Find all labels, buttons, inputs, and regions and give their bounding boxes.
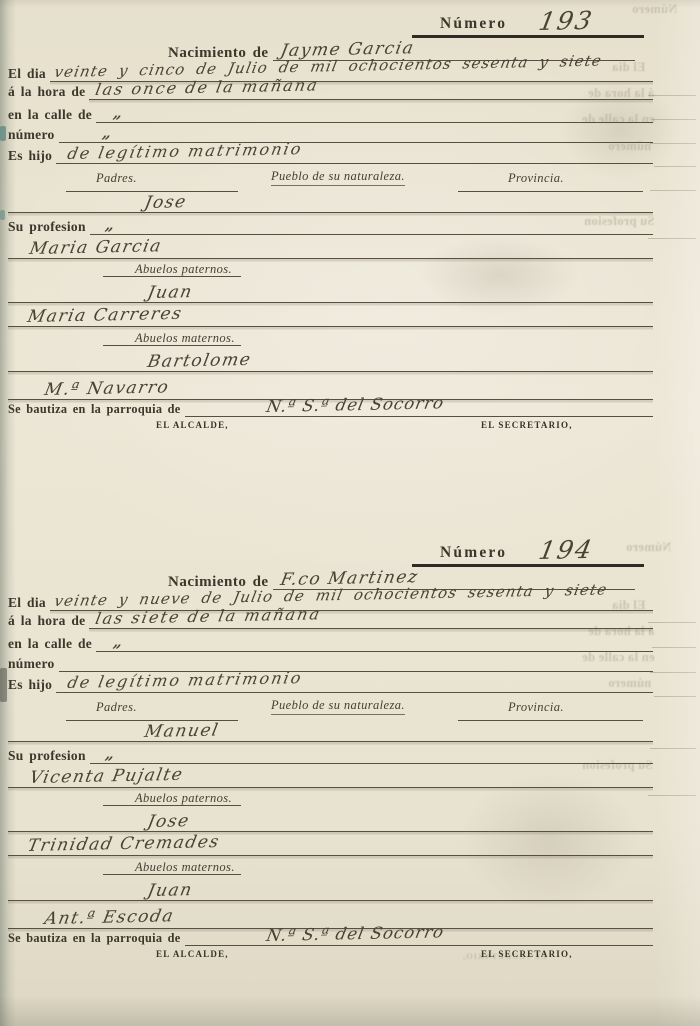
profession-value: „ — [104, 218, 118, 233]
provincia-header: Provincia. — [508, 700, 564, 715]
alcalde-label: EL ALCALDE, — [156, 420, 229, 430]
hora-label: á la hora de — [8, 614, 89, 629]
father-row: Jose — [8, 192, 653, 213]
house-number-row: número „ — [8, 125, 653, 143]
el-dia-label: El dia — [8, 67, 50, 82]
legitimacy-value: de legítimo matrimonio — [66, 670, 304, 691]
alcalde-label: EL ALCALDE, — [156, 949, 229, 959]
secretario-label: EL SECRETARIO, — [481, 420, 573, 430]
paper-speck — [0, 126, 6, 141]
house-number-row: número — [8, 654, 653, 672]
header-rule — [103, 276, 241, 277]
bautiza-label: Se bautiza en la parroquia de — [8, 403, 185, 417]
bautiza-label: Se bautiza en la parroquia de — [8, 932, 185, 946]
bleedthrough-line — [654, 166, 696, 167]
calle-label: en la calle de — [8, 637, 96, 652]
numero-label: Número — [412, 544, 507, 564]
maternal-grandparents-header-row: Abuelos maternos. — [8, 331, 653, 347]
paternal-grandparents-header-row: Abuelos paternos. — [8, 262, 653, 278]
birth-hour: las once de la mañana — [94, 77, 320, 98]
legitimacy-row: Es hijo de legítimo matrimonio — [8, 146, 653, 164]
paternal-grandmother-name: Maria Carreres — [26, 306, 184, 326]
profession-row: Su profesion „ — [8, 217, 653, 235]
birth-hour: las siete de la mañana — [94, 606, 323, 627]
pueblo-header: Pueblo de su naturaleza. — [271, 698, 405, 715]
baptism-row: Se bautiza en la parroquia de N.ª S.ª de… — [8, 928, 653, 946]
paternal-grandfather-row: Juan — [8, 282, 653, 303]
column-headers: Padres. Pueblo de su naturaleza. Provinc… — [8, 166, 653, 192]
bleedthrough-line — [652, 647, 696, 648]
bleedthrough-line — [650, 190, 696, 191]
paternal-grandmother-row: Maria Carreres — [8, 306, 653, 327]
signature-row: EL ALCALDE, EL SECRETARIO, — [8, 420, 653, 433]
numero-casa-label: número — [8, 657, 59, 672]
column-headers: Padres. Pueblo de su naturaleza. Provinc… — [8, 695, 653, 721]
paper-speck — [0, 668, 7, 702]
mother-row: Vicenta Pujalte — [8, 766, 653, 788]
paternal-grandfather-name: Jose — [146, 813, 191, 831]
paternal-grandmother-name: Trinidad Cremades — [26, 834, 221, 855]
birth-date: veinte y cinco de Julio de mil ochocient… — [53, 54, 603, 80]
profession-value: „ — [104, 747, 118, 762]
maternal-grandmother-name: Ant.ª Escoda — [43, 908, 176, 928]
numero-row: Número 194 — [412, 535, 644, 567]
father-name: Jose — [143, 194, 188, 212]
street-row: en la calle de „ — [8, 105, 653, 123]
es-hijo-label: Es hijo — [8, 149, 56, 164]
maternal-grandparents-header-row: Abuelos maternos. — [8, 860, 653, 876]
hour-row: á la hora de las once de la mañana — [8, 82, 653, 100]
es-hijo-label: Es hijo — [8, 678, 56, 693]
header-rule — [103, 874, 241, 875]
street-row: en la calle de „ — [8, 634, 653, 652]
el-dia-label: El dia — [8, 596, 50, 611]
calle-label: en la calle de — [8, 108, 96, 123]
header-rule — [103, 805, 241, 806]
abuelos-maternos-header: Abuelos maternos. — [135, 860, 235, 875]
secretario-label: EL SECRETARIO, — [481, 949, 573, 959]
paternal-grandfather-name: Juan — [146, 284, 194, 302]
bleedthrough-line — [654, 696, 696, 697]
parish-name: N.ª S.ª del Socorro — [265, 924, 446, 944]
paternal-grandfather-row: Jose — [8, 811, 653, 832]
father-name: Manuel — [143, 722, 221, 741]
parish-name: N.ª S.ª del Socorro — [265, 395, 446, 415]
birth-date: veinte y nueve de Julio de mil ochocient… — [53, 582, 609, 609]
bleedthrough-line — [650, 748, 696, 749]
numero-value: 194 — [537, 538, 595, 562]
profesion-label: Su profesion — [8, 749, 90, 764]
paper-speck — [0, 210, 5, 220]
paternal-grandparents-header-row: Abuelos paternos. — [8, 791, 653, 807]
numero-casa-label: número — [8, 128, 59, 143]
father-row: Manuel — [8, 721, 653, 742]
maternal-grandfather-name: Juan — [146, 882, 194, 900]
numero-label: Número — [412, 15, 507, 35]
birth-record-193: Número 193 Nacimiento de Jayme Garcia El… — [8, 6, 656, 446]
legitimacy-value: de legítimo matrimonio — [66, 141, 304, 162]
hora-label: á la hora de — [8, 85, 89, 100]
header-rule — [103, 345, 241, 346]
profesion-label: Su profesion — [8, 220, 90, 235]
numero-value: 193 — [537, 9, 595, 33]
birth-record-194: Número 194 Nacimiento de F.co Martinez E… — [8, 535, 656, 975]
numero-row: Número 193 — [412, 6, 644, 38]
profession-row: Su profesion „ — [8, 746, 653, 764]
hour-row: á la hora de las siete de la mañana — [8, 611, 653, 629]
maternal-grandfather-name: Bartolome — [146, 352, 253, 371]
signature-row: EL ALCALDE, EL SECRETARIO, — [8, 949, 653, 962]
mother-name: Maria Garcia — [28, 238, 163, 258]
house-number-value: „ — [101, 126, 115, 141]
legitimacy-row: Es hijo de legítimo matrimonio — [8, 675, 653, 693]
paternal-grandmother-row: Trinidad Cremades — [8, 835, 653, 856]
maternal-grandmother-name: M.ª Navarro — [43, 379, 171, 399]
street-value: „ — [112, 635, 126, 650]
padres-header: Padres. — [96, 171, 137, 186]
street-value: „ — [112, 106, 126, 121]
abuelos-maternos-header: Abuelos maternos. — [135, 331, 235, 346]
abuelos-paternos-header: Abuelos paternos. — [135, 791, 232, 806]
baptism-row: Se bautiza en la parroquia de N.ª S.ª de… — [8, 399, 653, 417]
maternal-grandfather-row: Bartolome — [8, 351, 653, 372]
abuelos-paternos-header: Abuelos paternos. — [135, 262, 232, 277]
bleedthrough-line — [652, 119, 696, 120]
pueblo-header: Pueblo de su naturaleza. — [271, 169, 405, 186]
provincia-header: Provincia. — [508, 171, 564, 186]
mother-row: Maria Garcia — [8, 237, 653, 259]
mother-name: Vicenta Pujalte — [28, 767, 185, 787]
bleedthrough-line — [650, 143, 696, 144]
bleedthrough-line — [650, 672, 696, 673]
scanned-register-page: Número El dia á la hora de en la calle d… — [0, 0, 700, 1026]
padres-header: Padres. — [96, 700, 137, 715]
maternal-grandfather-row: Juan — [8, 880, 653, 901]
